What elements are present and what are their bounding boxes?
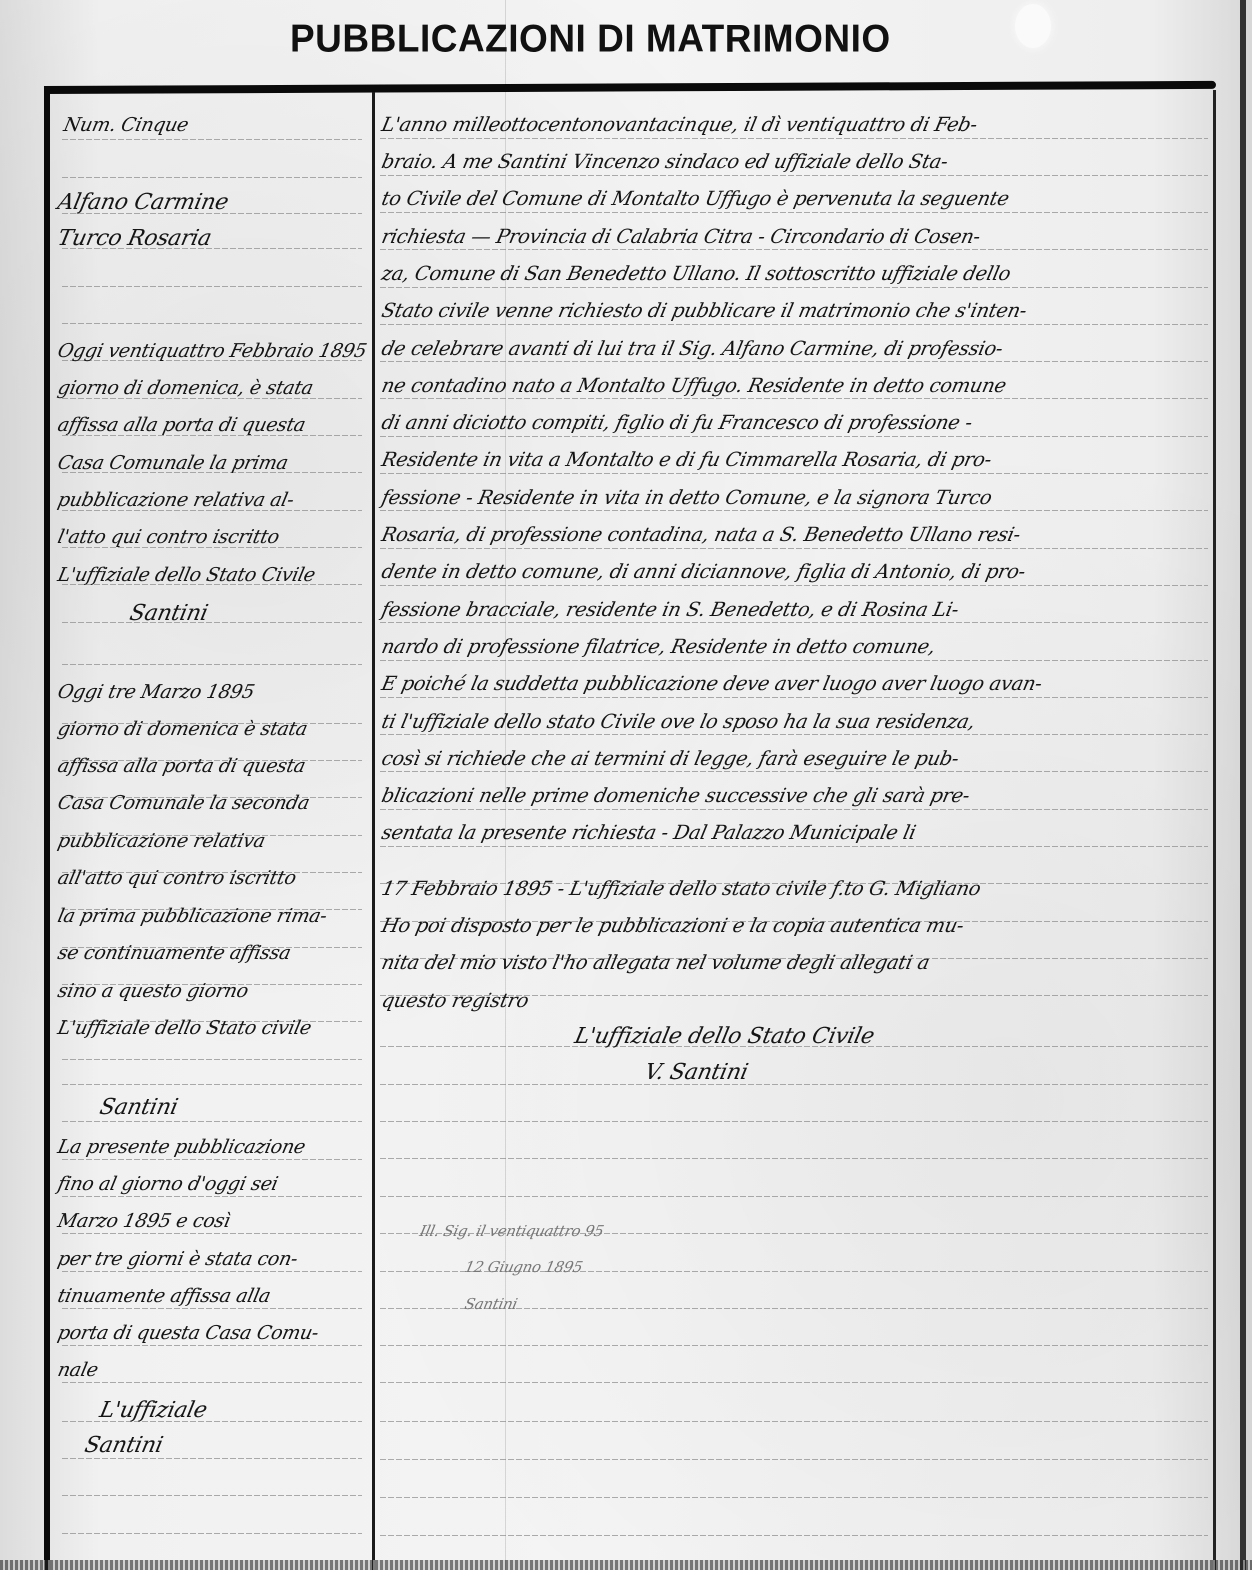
frame-left-border <box>44 88 50 1570</box>
record-number: Num. Cinque <box>62 114 191 136</box>
signatory-title: L'uffiziale <box>97 1398 209 1423</box>
groom-name: Alfano Carmine <box>55 190 230 215</box>
signature: Santini <box>82 1433 165 1458</box>
closing-signature: V. Santini <box>642 1060 750 1085</box>
scan-bottom-edge <box>0 1560 1252 1570</box>
page-edge <box>1240 0 1246 1570</box>
signature: Santini <box>127 601 210 626</box>
page-title: PUBBLICAZIONI DI MATRIMONIO <box>290 17 990 61</box>
signature: Santini <box>97 1095 180 1120</box>
bride-name: Turco Rosaria <box>55 226 213 251</box>
column-divider <box>372 92 375 1570</box>
closing-title: L'uffiziale dello Stato Civile <box>572 1024 876 1049</box>
frame-right-border <box>1213 90 1216 1570</box>
binding-hole <box>1015 4 1051 48</box>
